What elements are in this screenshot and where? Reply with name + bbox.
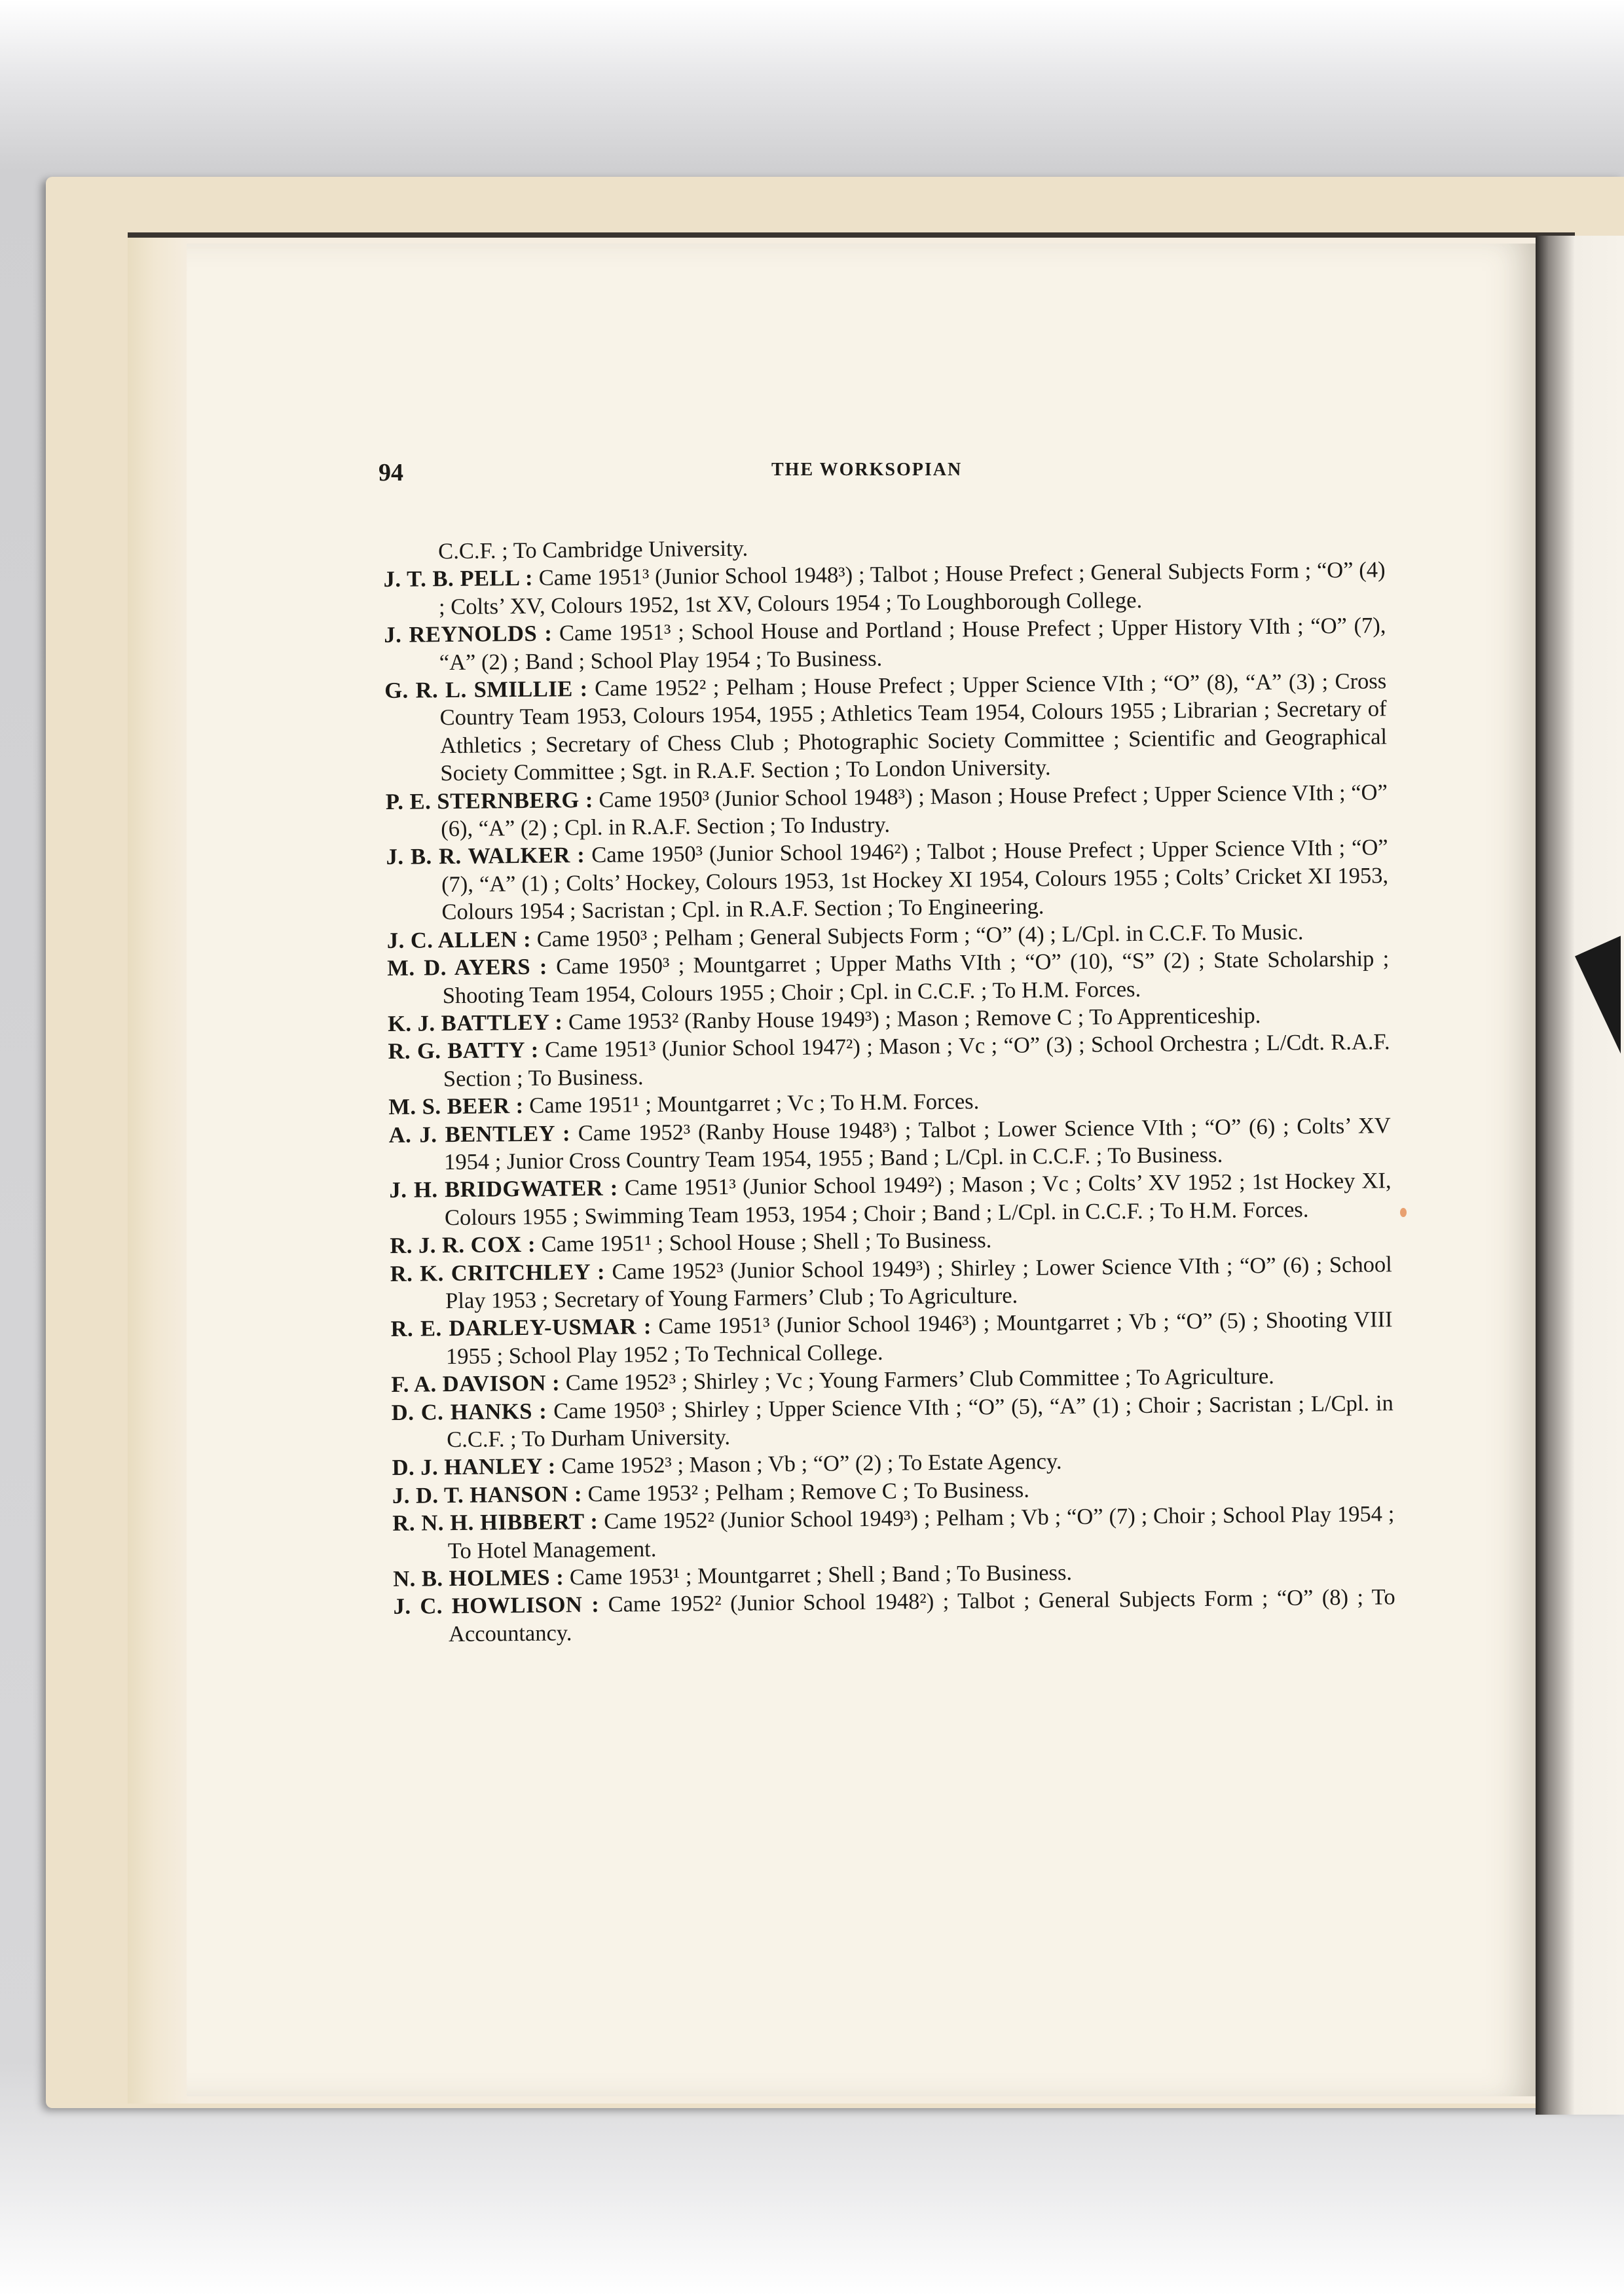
student-details: Came 1952³ ; Mason ; Vb ; “O” (2) ; To E… <box>561 1449 1062 1479</box>
list-item: D. C. HANKS : Came 1950³ ; Shirley ; Upp… <box>392 1389 1394 1454</box>
student-name: R. K. CRITCHLEY : <box>390 1259 606 1286</box>
student-details: Came 1950³ ; Mountgarret ; Upper Maths V… <box>443 946 1390 1008</box>
student-name: J. B. R. WALKER : <box>386 843 585 870</box>
adjacent-page <box>1536 236 1624 2115</box>
student-name: J. H. BRIDGWATER : <box>389 1176 618 1203</box>
student-details: Came 1952³ (Ranby House 1948³) ; Talbot … <box>444 1113 1391 1175</box>
list-item: G. R. L. SMILLIE : Came 1952² ; Pelham ;… <box>384 667 1388 788</box>
list-item: J. REYNOLDS : Came 1951³ ; School House … <box>384 612 1386 677</box>
student-name: K. J. BATTLEY : <box>388 1010 563 1036</box>
student-name: F. A. DAVISON : <box>391 1371 560 1397</box>
list-item: R. G. BATTY : Came 1951³ (Junior School … <box>388 1029 1390 1093</box>
page-number: 94 <box>378 458 403 487</box>
list-item: A. J. BENTLEY : Came 1952³ (Ranby House … <box>389 1112 1392 1176</box>
student-details: Came 1953² ; Pelham ; Remove C ; To Busi… <box>587 1477 1029 1506</box>
student-details: Came 1951¹ ; Mountgarret ; Vc ; To H.M. … <box>529 1089 979 1118</box>
student-name: D. C. HANKS : <box>392 1398 547 1425</box>
student-details: Came 1953¹ ; Mountgarret ; Shell ; Band … <box>570 1560 1073 1590</box>
student-name: J. REYNOLDS : <box>384 621 552 647</box>
list-item: R. E. DARLEY-USMAR : Came 1951³ (Junior … <box>390 1306 1393 1371</box>
student-name: M. S. BEER : <box>388 1093 524 1120</box>
student-details: Came 1951³ (Junior School 1947²) ; Mason… <box>443 1030 1390 1091</box>
list-item: J. C. HOWLISON : Came 1952² (Junior Scho… <box>393 1584 1395 1649</box>
list-item: J. T. B. PELL : Came 1951³ (Junior Schoo… <box>383 556 1386 621</box>
student-name: P. E. STERNBERG : <box>386 788 593 814</box>
student-details: Came 1951¹ ; School House ; Shell ; To B… <box>541 1228 991 1257</box>
student-details: Came 1952³ ; Shirley ; Vc ; Young Farmer… <box>566 1364 1274 1395</box>
student-name: G. R. L. SMILLIE : <box>384 676 588 703</box>
student-details: Came 1951³ ; School House and Portland ;… <box>439 613 1386 675</box>
student-name: A. J. BENTLEY : <box>389 1121 571 1148</box>
running-title: THE WORKSOPIAN <box>771 460 962 481</box>
list-item: M. D. AYERS : Came 1950³ ; Mountgarret ;… <box>387 945 1390 1010</box>
student-name: D. J. HANLEY : <box>392 1454 555 1480</box>
list-item: J. H. BRIDGWATER : Came 1951³ (Junior Sc… <box>389 1167 1392 1232</box>
student-name: M. D. AYERS : <box>387 955 547 981</box>
paper-stain <box>1400 1208 1407 1217</box>
student-details: Came 1950³ ; Shirley ; Upper Science VIt… <box>447 1391 1393 1452</box>
student-name: R. J. R. COX : <box>390 1232 536 1258</box>
student-name: R. E. DARLEY-USMAR : <box>390 1314 652 1341</box>
list-item: J. B. R. WALKER : Came 1950³ (Junior Sch… <box>386 834 1388 927</box>
student-details: Came 1951³ (Junior School 1948³) ; Talbo… <box>439 558 1386 619</box>
student-name: R. N. H. HIBBERT : <box>392 1509 598 1536</box>
student-name: R. G. BATTY : <box>388 1038 539 1064</box>
student-name: J. C. ALLEN : <box>387 927 532 953</box>
page-header: 94 THE WORKSOPIAN <box>378 458 1387 491</box>
leavers-list: C.C.F. ; To Cambridge University. J. T. … <box>383 528 1395 1649</box>
list-item: R. K. CRITCHLEY : Came 1952³ (Junior Sch… <box>390 1250 1393 1315</box>
student-name: N. B. HOLMES : <box>393 1565 564 1592</box>
list-item: P. E. STERNBERG : Came 1950³ (Junior Sch… <box>386 778 1388 843</box>
student-name: J. C. HOWLISON : <box>393 1592 599 1619</box>
student-name: J. D. T. HANSON : <box>392 1482 582 1508</box>
list-item: R. N. H. HIBBERT : Came 1952² (Junior Sc… <box>392 1500 1395 1565</box>
student-name: J. T. B. PELL : <box>383 566 533 592</box>
